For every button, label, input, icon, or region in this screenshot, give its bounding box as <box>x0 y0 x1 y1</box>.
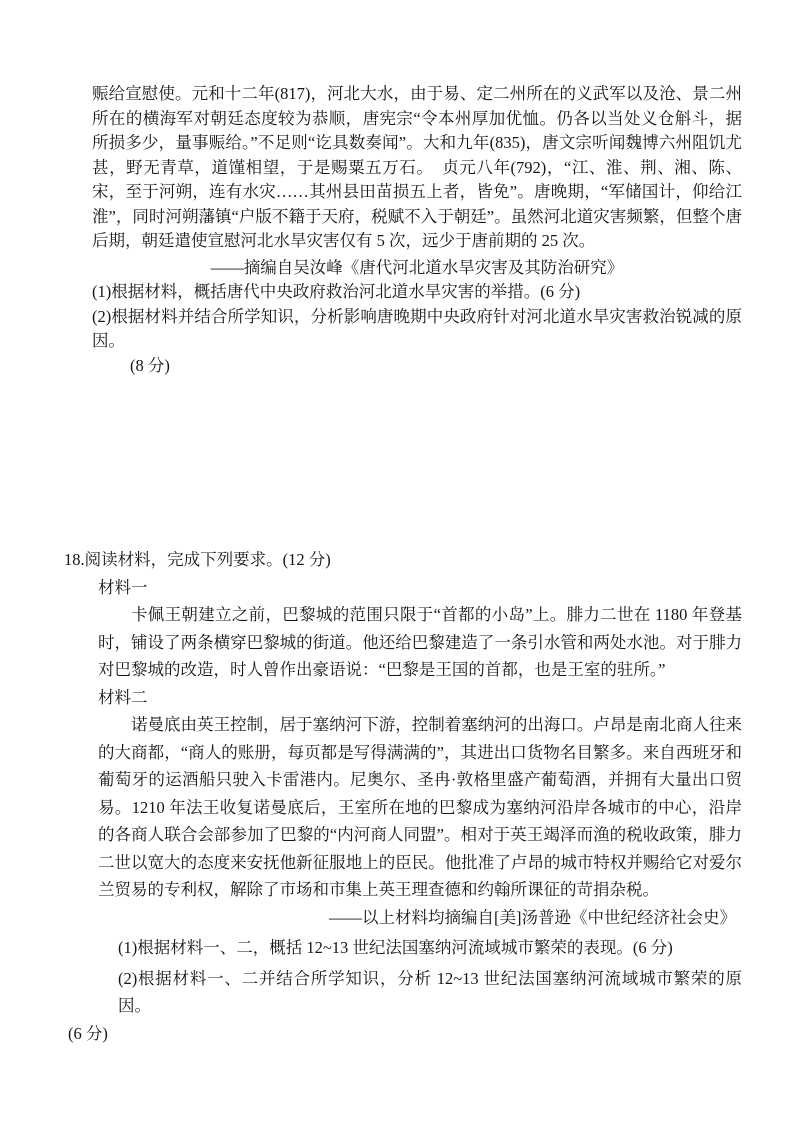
question-18-number: 18. <box>64 550 85 569</box>
continued-subquestion-2: (2)根据材料并结合所学知识，分析影响唐晚期中央政府针对河北道水旱灾害救治锐减的… <box>92 305 742 354</box>
question-18-body: 材料一 卡佩王朝建立之前，巴黎城的范围只限于“首都的小岛”上。腓力二世在 118… <box>98 574 742 1048</box>
material-two-paragraph: 诺曼底由英王控制，居于塞纳河下游，控制着塞纳河的出海口。卢昂是南北商人往来的大商… <box>98 711 742 904</box>
question-18-source-citation: ——以上材料均摘编自[美]汤普逊《中世纪经济社会史》 <box>98 904 742 932</box>
continued-material-paragraph: 赈给宣慰使。元和十二年(817)，河北大水，由于易、定二州所在的义武军以及沧、景… <box>92 82 742 254</box>
question-18-subquestion-2: (2)根据材料一、二并结合所学知识，分析 12~13 世纪法国塞纳河流域城市繁荣… <box>118 965 742 1020</box>
continued-source-citation: ——摘编自吴汝峰《唐代河北道水旱灾害及其防治研究》 <box>92 256 742 281</box>
question-18-block: 18.阅读材料，完成下列要求。(12 分) 材料一 卡佩王朝建立之前，巴黎城的范… <box>64 546 742 1047</box>
question-18-subquestion-2-score: (6 分) <box>68 1020 742 1048</box>
exam-page: 赈给宣慰使。元和十二年(817)，河北大水，由于易、定二州所在的义武军以及沧、景… <box>0 0 800 1131</box>
question-18-heading: 18.阅读材料，完成下列要求。(12 分) <box>64 546 742 574</box>
material-two-label: 材料二 <box>98 684 742 712</box>
continued-question-block: 赈给宣慰使。元和十二年(817)，河北大水，由于易、定二州所在的义武军以及沧、景… <box>92 82 742 378</box>
question-18-intro: 阅读材料，完成下列要求。(12 分) <box>85 550 331 569</box>
continued-subquestion-1: (1)根据材料，概括唐代中央政府救治河北道水旱灾害的举措。(6 分) <box>92 280 742 305</box>
material-one-paragraph: 卡佩王朝建立之前，巴黎城的范围只限于“首都的小岛”上。腓力二世在 1180 年登… <box>98 601 742 684</box>
continued-subquestion-2-score: (8 分) <box>130 354 742 379</box>
material-one-label: 材料一 <box>98 574 742 602</box>
question-18-subquestion-1: (1)根据材料一、二，概括 12~13 世纪法国塞纳河流域城市繁荣的表现。(6 … <box>118 934 742 962</box>
